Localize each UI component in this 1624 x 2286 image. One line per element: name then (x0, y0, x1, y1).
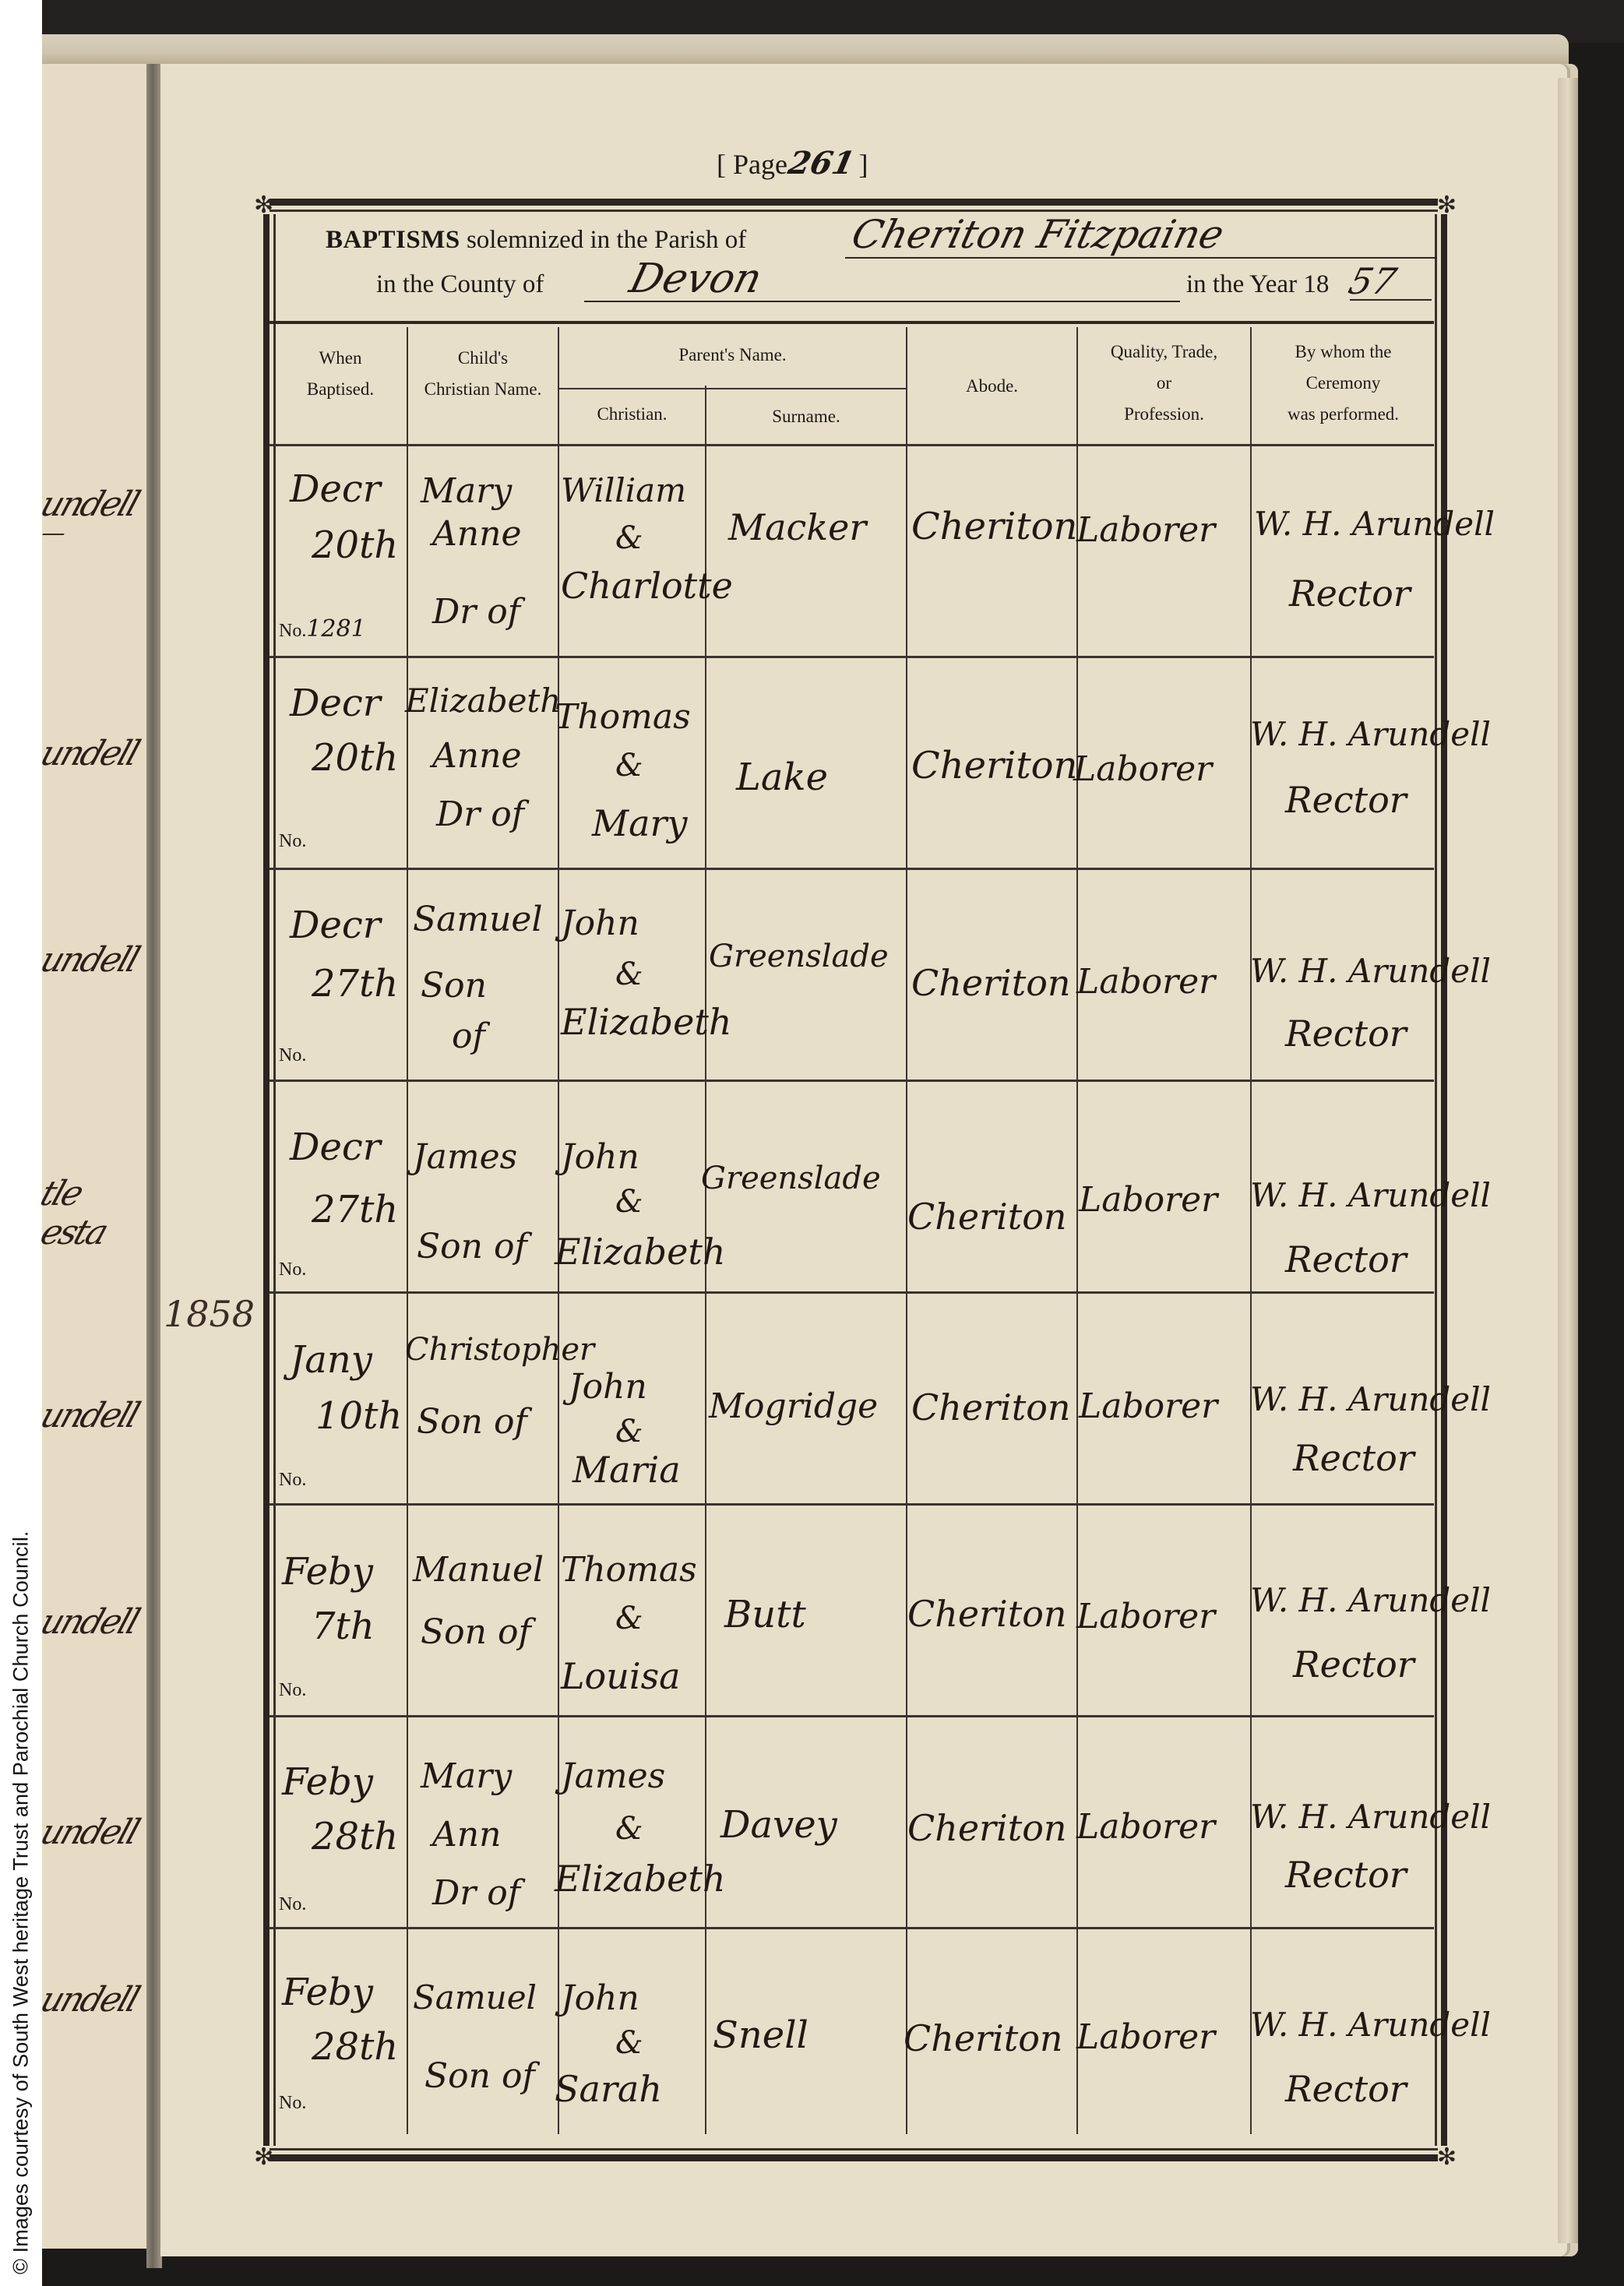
parent-surname: Mogridge (709, 1386, 878, 1426)
date-month: Feby (282, 1760, 373, 1804)
parent-surname: Lake (736, 756, 828, 799)
child-name: Anne (432, 514, 522, 554)
quality: Laborer (1076, 1597, 1215, 1636)
left-fragment-text: undell (36, 1602, 143, 1642)
parent-surname: Snell (713, 2013, 808, 2057)
parent-group-rule (558, 388, 906, 389)
left-fragment-text: undell (36, 1812, 143, 1852)
child-relation: Dr of (436, 794, 524, 834)
left-fragment-text: undell (36, 484, 143, 524)
entry-number: No. (279, 1040, 306, 1067)
parent-christian-2: Elizabeth (561, 1001, 731, 1043)
child-relation: Dr of (432, 592, 520, 632)
parish-field: Cheriton Fitzpaine (845, 212, 1437, 259)
parent-surname: Butt (724, 1593, 806, 1636)
page-number-value: 261 (785, 145, 858, 181)
child-relation: of (452, 1016, 485, 1056)
page-stack-edge (1558, 78, 1578, 2243)
child-name: Samuel (413, 900, 543, 939)
quality: Laborer (1076, 2017, 1215, 2057)
parent-christian-2: Elizabeth (555, 1858, 725, 1900)
column-header-when: When Baptised. (274, 343, 407, 405)
officiant: W. H. Arundell (1250, 1176, 1491, 1214)
book-gutter (146, 64, 162, 2268)
parent-christian-2: Mary (592, 802, 688, 844)
officiant-title: Rector (1293, 1643, 1414, 1685)
frame-rule (269, 2154, 1438, 2161)
date-day: 7th (312, 1604, 375, 1648)
column-header-by-whom: By whom the Ceremony was performed. (1252, 336, 1435, 430)
parent-christian-2: Charlotte (561, 565, 733, 607)
child-name: Son of (417, 1227, 527, 1266)
frame-rule (269, 2148, 1438, 2150)
row-rule (269, 1080, 1434, 1082)
child-name: Christopher (405, 1332, 594, 1368)
frame-rule (269, 199, 1438, 206)
parent-surname: Macker (728, 506, 866, 548)
parent-ampersand: & (615, 748, 643, 784)
county-field: Devon (584, 255, 1180, 302)
date-day: 20th (312, 736, 398, 780)
column-header-parent-surname: Surname. (706, 401, 906, 432)
officiant: W. H. Arundell (1250, 1581, 1491, 1619)
abode: Cheriton (907, 1593, 1067, 1635)
date-month: Jany (290, 1338, 372, 1382)
parent-christian-2: Sarah (555, 2068, 662, 2110)
page-edges-top (42, 34, 1569, 65)
left-fragment-text: undell (36, 1396, 143, 1435)
left-fragment-text: undell (36, 1980, 143, 2020)
quality: Laborer (1076, 510, 1215, 550)
asterisk-ornament-icon: ✻ (1437, 2146, 1457, 2169)
parent-surname: Greenslade (709, 939, 889, 974)
frame-rule (263, 214, 269, 2146)
entry-number: No. (279, 826, 306, 853)
parent-christian-1: John (561, 903, 639, 943)
date-month: Feby (282, 1971, 373, 2014)
parent-christian-2: Maria (572, 1449, 681, 1491)
date-day: 28th (312, 1815, 398, 1858)
year-label: in the Year 18 (1186, 270, 1329, 299)
abode: Cheriton (911, 744, 1077, 787)
county-label: in the County of (376, 270, 544, 299)
left-fragment-text: undell (36, 734, 143, 773)
frame-rule (273, 214, 276, 2146)
quality: Laborer (1079, 1386, 1217, 1426)
quality: Laborer (1073, 749, 1212, 789)
child-name: Elizabeth (405, 682, 561, 720)
child-name: Son (421, 966, 487, 1006)
page-number: [ Page261] (717, 145, 868, 181)
date-day: 28th (312, 2025, 398, 2069)
date-month: Decr (290, 467, 381, 511)
date-month: Decr (290, 682, 381, 725)
child-name: Son of (417, 1402, 527, 1442)
child-name: Mary (421, 1756, 512, 1796)
parent-ampersand: & (615, 2025, 643, 2061)
column-header-parents: Parent's Name. (559, 340, 906, 371)
child-name: Manuel (413, 1550, 544, 1590)
date-day: 27th (312, 1188, 398, 1231)
officiant: W. H. Arundell (1250, 715, 1491, 753)
child-name: Son of (424, 2056, 535, 2096)
asterisk-ornament-icon: ✻ (1437, 194, 1457, 217)
entry-number: No.1281 (279, 615, 366, 643)
parent-christian-1: John (561, 1137, 639, 1177)
date-day: 20th (312, 523, 398, 567)
abode: Cheriton (907, 1196, 1067, 1238)
officiant-title: Rector (1285, 2068, 1407, 2110)
date-day: 10th (315, 1394, 402, 1438)
date-month: Decr (290, 1125, 381, 1169)
officiant-title: Rector (1285, 1238, 1407, 1280)
left-fragment-text: tle (36, 1174, 86, 1213)
left-fragment-text: esta (36, 1213, 111, 1252)
parent-ampersand: & (615, 1184, 643, 1220)
parent-christian-1: Thomas (555, 697, 691, 737)
parent-ampersand: & (615, 520, 643, 556)
row-rule (269, 656, 1434, 658)
officiant-title: Rector (1289, 572, 1411, 615)
child-name: Son of (421, 1612, 531, 1652)
year-field: 57 (1350, 260, 1432, 301)
officiant: W. H. Arundell (1250, 2006, 1491, 2044)
officiant: W. H. Arundell (1250, 952, 1491, 990)
officiant-title: Rector (1285, 1013, 1407, 1055)
column-divider (407, 327, 408, 2134)
officiant: W. H. Arundell (1250, 1798, 1491, 1836)
column-header-quality: Quality, Trade, or Profession. (1078, 336, 1250, 430)
parent-christian-1: Thomas (561, 1550, 697, 1590)
column-header-abode: Abode. (907, 371, 1076, 402)
copyright-strip: © Images courtesy of South West heritage… (0, 0, 42, 2286)
parent-ampersand: & (615, 1414, 643, 1449)
left-fragment-text: undell (36, 940, 143, 980)
parent-christian-1: James (561, 1756, 665, 1796)
entry-number: No. (279, 1254, 306, 1281)
row-rule (269, 868, 1434, 870)
child-relation: Dr of (432, 1873, 520, 1913)
entry-number: No. (279, 1464, 306, 1492)
quality: Laborer (1079, 1180, 1217, 1220)
child-name: James (413, 1137, 517, 1177)
row-rule (269, 1715, 1434, 1717)
officiant: W. H. Arundell (1254, 505, 1495, 543)
child-name: Ann (432, 1815, 501, 1855)
officiant-title: Rector (1285, 779, 1407, 821)
parent-christian-1: John (561, 1978, 639, 2018)
entry-number: No. (279, 1675, 306, 1702)
header-rule (269, 321, 1434, 324)
quality: Laborer (1076, 962, 1215, 1002)
child-name: Mary (421, 471, 512, 511)
left-page-fragment: undell — undell undell tle esta undell u… (42, 64, 151, 2249)
child-name: Samuel (413, 1978, 537, 2017)
asterisk-ornament-icon: ✻ (254, 2146, 273, 2169)
parent-ampersand: & (615, 956, 643, 992)
officiant-title: Rector (1293, 1437, 1414, 1479)
date-month: Feby (282, 1550, 373, 1594)
abode: Cheriton (904, 2017, 1063, 2059)
abode: Cheriton (911, 505, 1077, 548)
officiant-title: Rector (1285, 1854, 1407, 1896)
asterisk-ornament-icon: ✻ (254, 194, 273, 217)
copyright-notice: © Images courtesy of South West heritage… (9, 1531, 33, 2274)
officiant: W. H. Arundell (1250, 1380, 1491, 1418)
abode: Cheriton (907, 1807, 1067, 1849)
quality: Laborer (1076, 1807, 1215, 1847)
column-header-child: Child's Christian Name. (408, 343, 558, 405)
column-header-parent-christian: Christian. (559, 399, 705, 430)
child-name: Anne (432, 736, 522, 776)
parent-christian-1: John (569, 1367, 647, 1407)
row-rule (269, 1291, 1434, 1294)
parent-ampersand: & (615, 1601, 643, 1636)
row-rule (269, 1927, 1434, 1929)
parent-surname: Greenslade (701, 1161, 881, 1196)
entry-number: No. (279, 2087, 306, 2115)
row-rule (269, 1503, 1434, 1506)
column-divider (1076, 327, 1078, 2134)
parent-christian-2: Louisa (561, 1655, 681, 1697)
date-month: Decr (290, 903, 381, 947)
date-day: 27th (312, 962, 398, 1006)
abode: Cheriton (911, 1386, 1071, 1428)
parent-ampersand: & (615, 1811, 643, 1847)
margin-year: 1858 (164, 1293, 255, 1335)
entry-number: No. (279, 1889, 306, 1916)
register-title: BAPTISMS solemnized in the Parish of (326, 226, 746, 255)
parent-christian-1: William (561, 471, 686, 509)
abode: Cheriton (911, 962, 1071, 1004)
parent-surname: Davey (720, 1803, 837, 1847)
column-divider (1250, 327, 1252, 2134)
row-rule (269, 444, 1434, 446)
parent-christian-2: Elizabeth (555, 1231, 725, 1273)
